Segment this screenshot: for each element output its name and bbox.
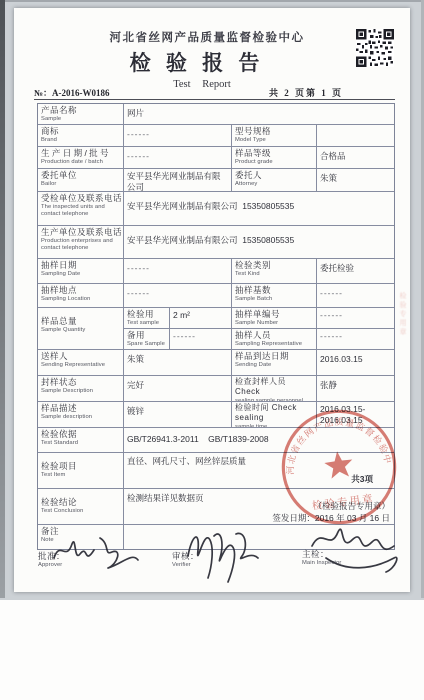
verifier-label: 审核： Verifier [172, 551, 199, 569]
row-sample: 产品名称 Sample 网片 [38, 104, 394, 124]
value-inspected-unit: 安平县华光网业制品有限公司 15350805535 [123, 192, 394, 225]
value-sample-number: ------ [317, 308, 394, 328]
sampling-number-values: ------ ------ [316, 308, 394, 349]
label-sample-number: 抽样单编号 Sample Number [232, 308, 316, 328]
label-brand: 商标 Brand [38, 125, 123, 146]
issuing-organization: 河北省丝网产品质量监督检验中心 [14, 29, 400, 45]
value-sampling-date: ------ [123, 259, 231, 283]
label-test-kind: 检验类别 Test Kind [231, 259, 316, 283]
label-test-conclusion: 检验结论 Test Conclusion [38, 489, 123, 524]
value-sample: 网片 [123, 104, 394, 124]
label-test-item: 检验项目 Test Item [38, 453, 123, 488]
main-inspector-label: 主检： Main Inspector [302, 549, 341, 567]
value-sample-batch: ------ [316, 284, 394, 307]
value-spare-sample: ------ [170, 329, 231, 349]
spare-sample-subrow: 备用 Spare Sample ------ [124, 328, 231, 349]
label-note: 备注 Note [38, 525, 123, 549]
label-production-unit: 生产单位及联系电话 Production enterprises and con… [38, 226, 123, 258]
label-test-sample: 检验用 Test sample [124, 308, 170, 328]
page-info: 共 2 页第 1 页 [269, 86, 343, 99]
value-sampling-representative: ------ [317, 328, 394, 349]
seal-bottom-text: 检验专用章 [311, 492, 375, 513]
label-sampling-representative: 抽样人员 Sampling Representative [232, 328, 316, 349]
value-model-type: 直径 4.85mm 网孔 50mm×200mm [316, 125, 394, 146]
value-product-grade: 合格品 [316, 147, 394, 168]
row-inspected-unit: 受检单位及联系电话 The inspected units and contac… [38, 191, 394, 225]
label-inspected-unit: 受检单位及联系电话 The inspected units and contac… [38, 192, 123, 225]
label-sample-description: 样品描述 Sample description [38, 402, 123, 427]
label-sampling-location: 抽样地点 Sampling Location [38, 284, 123, 307]
sampling-number-labels: 抽样单编号 Sample Number 抽样人员 Sampling Repres… [231, 308, 316, 349]
inspection-seal-stamp: 河北省丝网产品质量监督检验中心 检验专用章 [269, 397, 409, 537]
label-bailor: 委托单位 Bailor [38, 169, 123, 191]
value-brand: ------ [123, 125, 231, 146]
report-number: №：A-2016-W0186 [34, 86, 110, 99]
report-number-line: №：A-2016-W0186 共 2 页第 1 页 [34, 86, 395, 99]
label-sending-date: 样品到达日期 Sending Date [231, 350, 316, 375]
label-production-date: 生 产 日 期 / 批 号 Production date / batch [38, 147, 123, 168]
label-sample-batch: 抽样基数 Sample Batch [231, 284, 316, 307]
scan-edge-left [0, 0, 5, 598]
report-title: 检 验 报 告 [14, 47, 380, 77]
value-test-kind: 委托检验 [316, 259, 394, 283]
value-sampling-location: ------ [123, 284, 231, 307]
label-sending-representative: 送样人 Sending Representative [38, 350, 123, 375]
value-sample-description: 镀锌 [123, 402, 231, 427]
label-attorney: 委托人 Attorney [231, 169, 316, 191]
row-sample-quantity: 样品总量 Sample Quantity 检验用 Test sample 2 m… [38, 307, 394, 349]
test-sample-subrow: 检验用 Test sample 2 m² [124, 308, 231, 328]
label-check-sealing-personnel: 检查封样人员 Check sealing sample personnel [231, 376, 316, 401]
label-sample: 产品名称 Sample [38, 104, 123, 124]
sample-quantity-subtable: 检验用 Test sample 2 m² 备用 Spare Sample ---… [123, 308, 231, 349]
row-sampling-date-testkind: 抽样日期 Sampling Date ------ 检验类别 Test Kind… [38, 258, 394, 283]
row-bailor-attorney: 委托单位 Bailor 安平县华光网业制品有限公司 委托人 Attorney 朱… [38, 168, 394, 191]
header-rule [34, 99, 395, 100]
row-brand-model: 商标 Brand ------ 型号规格 Model Type 直径 4.85m… [38, 124, 394, 146]
label-sample-quantity: 样品总量 Sample Quantity [38, 308, 123, 349]
label-sample-description-state: 封样状态 Sample Description [38, 376, 123, 401]
row-sending: 送样人 Sending Representative 朱策 样品到达日期 Sen… [38, 349, 394, 375]
label-product-grade: 样品等级 Product grade [231, 147, 316, 168]
value-production-unit: 安平县华光网业制品有限公司 15350805535 [123, 226, 394, 258]
label-sampling-date: 抽样日期 Sampling Date [38, 259, 123, 283]
seal-bleed-mark: 检验专用章 [397, 292, 407, 337]
label-model-type: 型号规格 Model Type [231, 125, 316, 146]
approver-label: 批准： Approver [38, 551, 65, 569]
value-sealing-state: 完好 [123, 376, 231, 401]
value-sending-date: 2016.03.15 [316, 350, 394, 375]
qr-code-icon [356, 29, 394, 67]
value-test-sample: 2 m² [170, 308, 231, 328]
row-sampling-location-batch: 抽样地点 Sampling Location ------ 抽样基数 Sampl… [38, 283, 394, 307]
label-test-standard: 检验依据 Test Standard [38, 428, 123, 452]
seal-star-icon [323, 450, 354, 480]
value-sending-representative: 朱策 [123, 350, 231, 375]
row-sealing-state: 封样状态 Sample Description 完好 检查封样人员 Check … [38, 375, 394, 401]
value-bailor: 安平县华光网业制品有限公司 [123, 169, 231, 191]
value-attorney: 朱策 [316, 169, 394, 191]
report-page: 河北省丝网产品质量监督检验中心 检 验 报 告 Test Report №：A-… [14, 8, 410, 592]
label-spare-sample: 备用 Spare Sample [124, 329, 170, 349]
row-production-unit: 生产单位及联系电话 Production enterprises and con… [38, 225, 394, 258]
row-production-date-grade: 生 产 日 期 / 批 号 Production date / batch --… [38, 146, 394, 168]
value-production-date: ------ [123, 147, 231, 168]
